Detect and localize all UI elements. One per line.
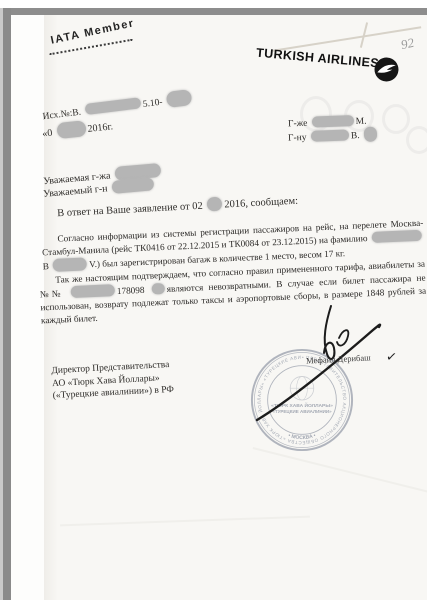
scanner-frame-left: [0, 8, 11, 600]
text-segment: В.: [351, 131, 360, 141]
redaction-blob: [56, 120, 87, 139]
redaction-blob: [372, 230, 422, 243]
redaction-blob: [207, 197, 223, 212]
bird-emblem-icon: [373, 56, 400, 83]
redaction-blob: [152, 283, 165, 295]
text-segment: М.: [356, 117, 367, 127]
scanned-letter: IATA Member TURKISH AIRLINES 92 Исх.№:В.…: [0, 0, 427, 600]
bleed-through-mark: [382, 104, 410, 134]
redaction-blob: [311, 115, 353, 127]
redaction-blob: [364, 126, 378, 141]
scanner-frame-top: [8, 8, 427, 15]
redaction-blob: [71, 284, 115, 298]
turkish-airlines-logo-icon: [373, 56, 400, 83]
signoff-block: Директор Представительства АО «Тюрк Хава…: [51, 359, 174, 403]
handwritten-checkmark: ✓: [385, 348, 398, 365]
text-segment: «0: [42, 128, 53, 140]
text-segment: Г-ну: [288, 133, 307, 144]
text-segment: 2016г.: [87, 121, 113, 135]
signature-scribble: [235, 292, 420, 442]
text-segment: 178098: [117, 285, 145, 296]
redaction-blob: [311, 129, 349, 141]
addressee-row-2: Г-ну В.: [288, 126, 379, 144]
redaction-blob: [53, 257, 88, 271]
bleed-through-mark: [406, 126, 427, 154]
text-segment: Г-же: [288, 119, 308, 130]
text-segment: 5.10-: [142, 98, 163, 110]
redaction-blob: [166, 89, 193, 108]
text-segment: В: [43, 261, 50, 271]
